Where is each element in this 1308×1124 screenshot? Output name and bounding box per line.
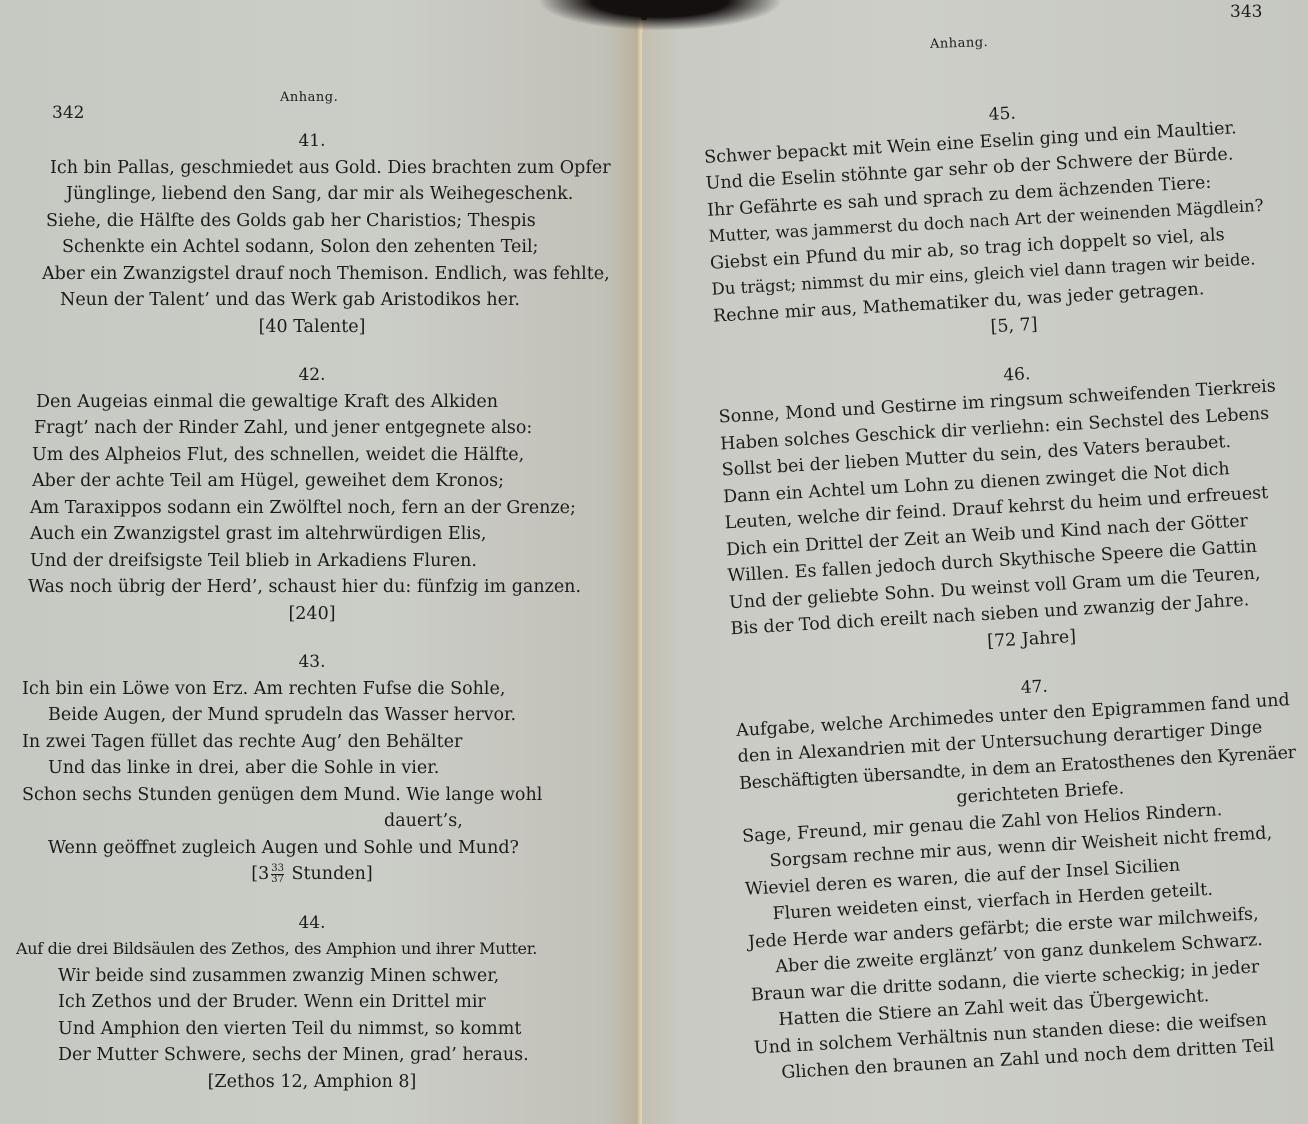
problem-number: 41. (22, 128, 602, 155)
verse-line: Und der dreifsigste Teil blieb in Arkadi… (22, 548, 602, 575)
page-body: 41. Ich bin Pallas, geschmiedet aus Gold… (22, 128, 602, 1095)
problem-45: 45. Schwer bepackt mit Wein eine Eselin … (702, 85, 1308, 357)
verse-line: Fragt’ nach der Rinder Zahl, und jener e… (22, 415, 602, 442)
right-page: 343 Anhang. 45. Schwer bepackt mit Wein … (642, 0, 1308, 1124)
running-head: Anhang. (930, 35, 989, 52)
background-shadow (540, 0, 780, 30)
verse-line: Beide Augen, der Mund sprudeln das Wasse… (22, 702, 602, 729)
problem-46: 46. Sonne, Mond und Gestirne im ringsum … (717, 345, 1308, 670)
page-number: 343 (1230, 2, 1262, 22)
verse-line: Aber ein Zwanzigstel drauf noch Themison… (22, 261, 602, 288)
verse-line: Neun der Talent’ und das Werk gab Aristo… (22, 287, 602, 314)
left-page: 342 Anhang. 41. Ich bin Pallas, geschmie… (0, 0, 642, 1124)
answer: [240] (22, 601, 602, 628)
answer: [Zethos 12, Amphion 8] (22, 1069, 602, 1096)
problem-47: 47. Aufgabe, welche Archimedes unter den… (734, 658, 1308, 1088)
answer: [40 Talente] (22, 314, 602, 341)
fraction: 3337 (271, 864, 284, 885)
problem-42: 42. Den Augeias einmal die gewaltige Kra… (22, 362, 602, 627)
verse-line: Und Amphion den vierten Teil du nimmst, … (22, 1016, 602, 1043)
problem-title: Auf die drei Bildsäulen des Zethos, des … (16, 936, 602, 963)
verse-line: Schon sechs Stunden genügen dem Mund. Wi… (22, 782, 602, 809)
verse-line: Aber der achte Teil am Hügel, geweihet d… (22, 468, 602, 495)
problem-41: 41. Ich bin Pallas, geschmiedet aus Gold… (22, 128, 602, 340)
verse-line: Wenn geöffnet zugleich Augen und Sohle u… (22, 835, 602, 862)
verse-line: Der Mutter Schwere, sechs der Minen, gra… (22, 1042, 602, 1069)
verse-line: Jünglinge, liebend den Sang, dar mir als… (22, 181, 602, 208)
verse-line: Und das linke in drei, aber die Sohle in… (22, 755, 602, 782)
verse-line: Ich bin Pallas, geschmiedet aus Gold. Di… (22, 155, 602, 182)
answer: [33337 Stunden] (22, 861, 602, 888)
problem-44: 44. Auf die drei Bildsäulen des Zethos, … (22, 910, 602, 1096)
page-number: 342 (52, 103, 84, 123)
verse-line: Was noch übrig der Herd’, schaust hier d… (22, 574, 602, 601)
verse-line: Siehe, die Hälfte des Golds gab her Char… (22, 208, 602, 235)
running-head: Anhang. (280, 90, 338, 105)
verse-line: Am Taraxippos sodann ein Zwölftel noch, … (22, 495, 602, 522)
verse-line: Ich bin ein Löwe von Erz. Am rechten Fuf… (22, 676, 602, 703)
problem-number: 43. (22, 649, 602, 676)
problem-number: 42. (22, 362, 602, 389)
problem-43: 43. Ich bin ein Löwe von Erz. Am rechten… (22, 649, 602, 888)
verse-line: Wir beide sind zusammen zwanzig Minen sc… (22, 963, 602, 990)
page-body: 45. Schwer bepackt mit Wein eine Eselin … (702, 85, 1308, 1088)
verse-line: Den Augeias einmal die gewaltige Kraft d… (22, 389, 602, 416)
verse-line: Ich Zethos und der Bruder. Wenn ein Drit… (22, 989, 602, 1016)
verse-line: Um des Alpheios Flut, des schnellen, wei… (22, 442, 602, 469)
verse-line: Schenkte ein Achtel sodann, Solon den ze… (22, 234, 602, 261)
verse-line: In zwei Tagen füllet das rechte Aug’ den… (22, 729, 602, 756)
open-book: 342 Anhang. 41. Ich bin Pallas, geschmie… (0, 0, 1308, 1124)
problem-number: 44. (22, 910, 602, 937)
verse-line: Auch ein Zwanzigstel grast im altehrwürd… (22, 521, 602, 548)
verse-line: dauert’s, (22, 808, 602, 835)
